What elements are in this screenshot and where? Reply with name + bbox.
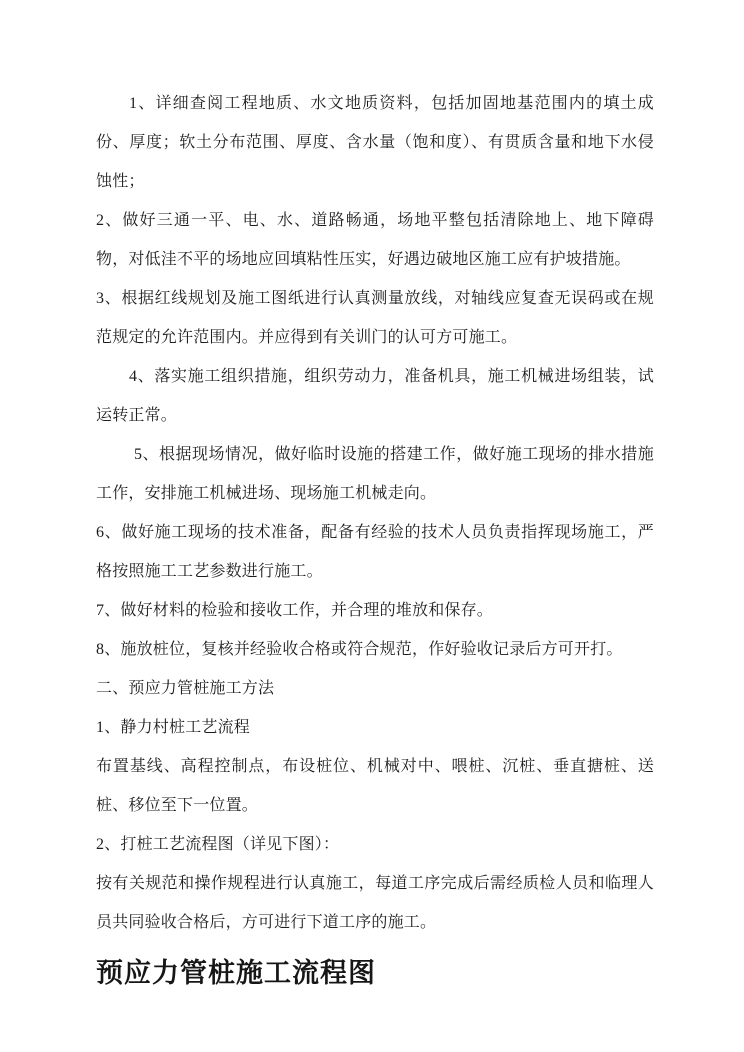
paragraph-prep-item-8: 8、施放桩位，复核并经验收合格或符合规范，作好验收记录后方可开打。 xyxy=(96,630,654,669)
section-2-title: 二、预应力管桩施工方法 xyxy=(96,669,654,708)
paragraph-prep-item-4: 4、落实施工组织措施，组织劳动力，准备机具，施工机械进场组装，试运转正常。 xyxy=(96,357,654,435)
paragraph-method-item-2: 2、打桩工艺流程图（详见下图）： xyxy=(96,825,654,864)
paragraph-prep-item-1: 1、详细查阅工程地质、水文地质资料，包括加固地基范围内的填土成份、厚度；软土分布… xyxy=(96,84,654,201)
paragraph-prep-item-7: 7、做好材料的检验和接收工作，并合理的堆放和保存。 xyxy=(96,591,654,630)
paragraph-prep-item-5: 5、根据现场情况，做好临时设施的搭建工作，做好施工现场的排水措施工作，安排施工机… xyxy=(96,435,654,513)
paragraph-prep-item-3: 3、根据红线规划及施工图纸进行认真测量放线，对轴线应复查无误码或在规范规定的允许… xyxy=(96,279,654,357)
paragraph-method-note: 按有关规范和操作规程进行认真施工，每道工序完成后需经质检人员和临理人员共同验收合… xyxy=(96,864,654,942)
document-body: 1、详细查阅工程地质、水文地质资料，包括加固地基范围内的填土成份、厚度；软土分布… xyxy=(96,84,654,990)
paragraph-prep-item-6: 6、做好施工现场的技术准备，配备有经验的技术人员负责指挥现场施工，严格按照施工工… xyxy=(96,513,654,591)
paragraph-method-item-1: 1、静力村桩工艺流程 xyxy=(96,708,654,747)
paragraph-method-flow-text: 布置基线、高程控制点，布设桩位、机械对中、喂桩、沉桩、垂直搪桩、送桩、移位至下一… xyxy=(96,747,654,825)
document-page: 1、详细查阅工程地质、水文地质资料，包括加固地基范围内的填土成份、厚度；软土分布… xyxy=(0,0,744,1052)
flow-chart-heading: 预应力管桩施工流程图 xyxy=(96,951,654,990)
paragraph-prep-item-2: 2、做好三通一平、电、水、道路畅通，场地平整包括清除地上、地下障碍物，对低洼不平… xyxy=(96,201,654,279)
